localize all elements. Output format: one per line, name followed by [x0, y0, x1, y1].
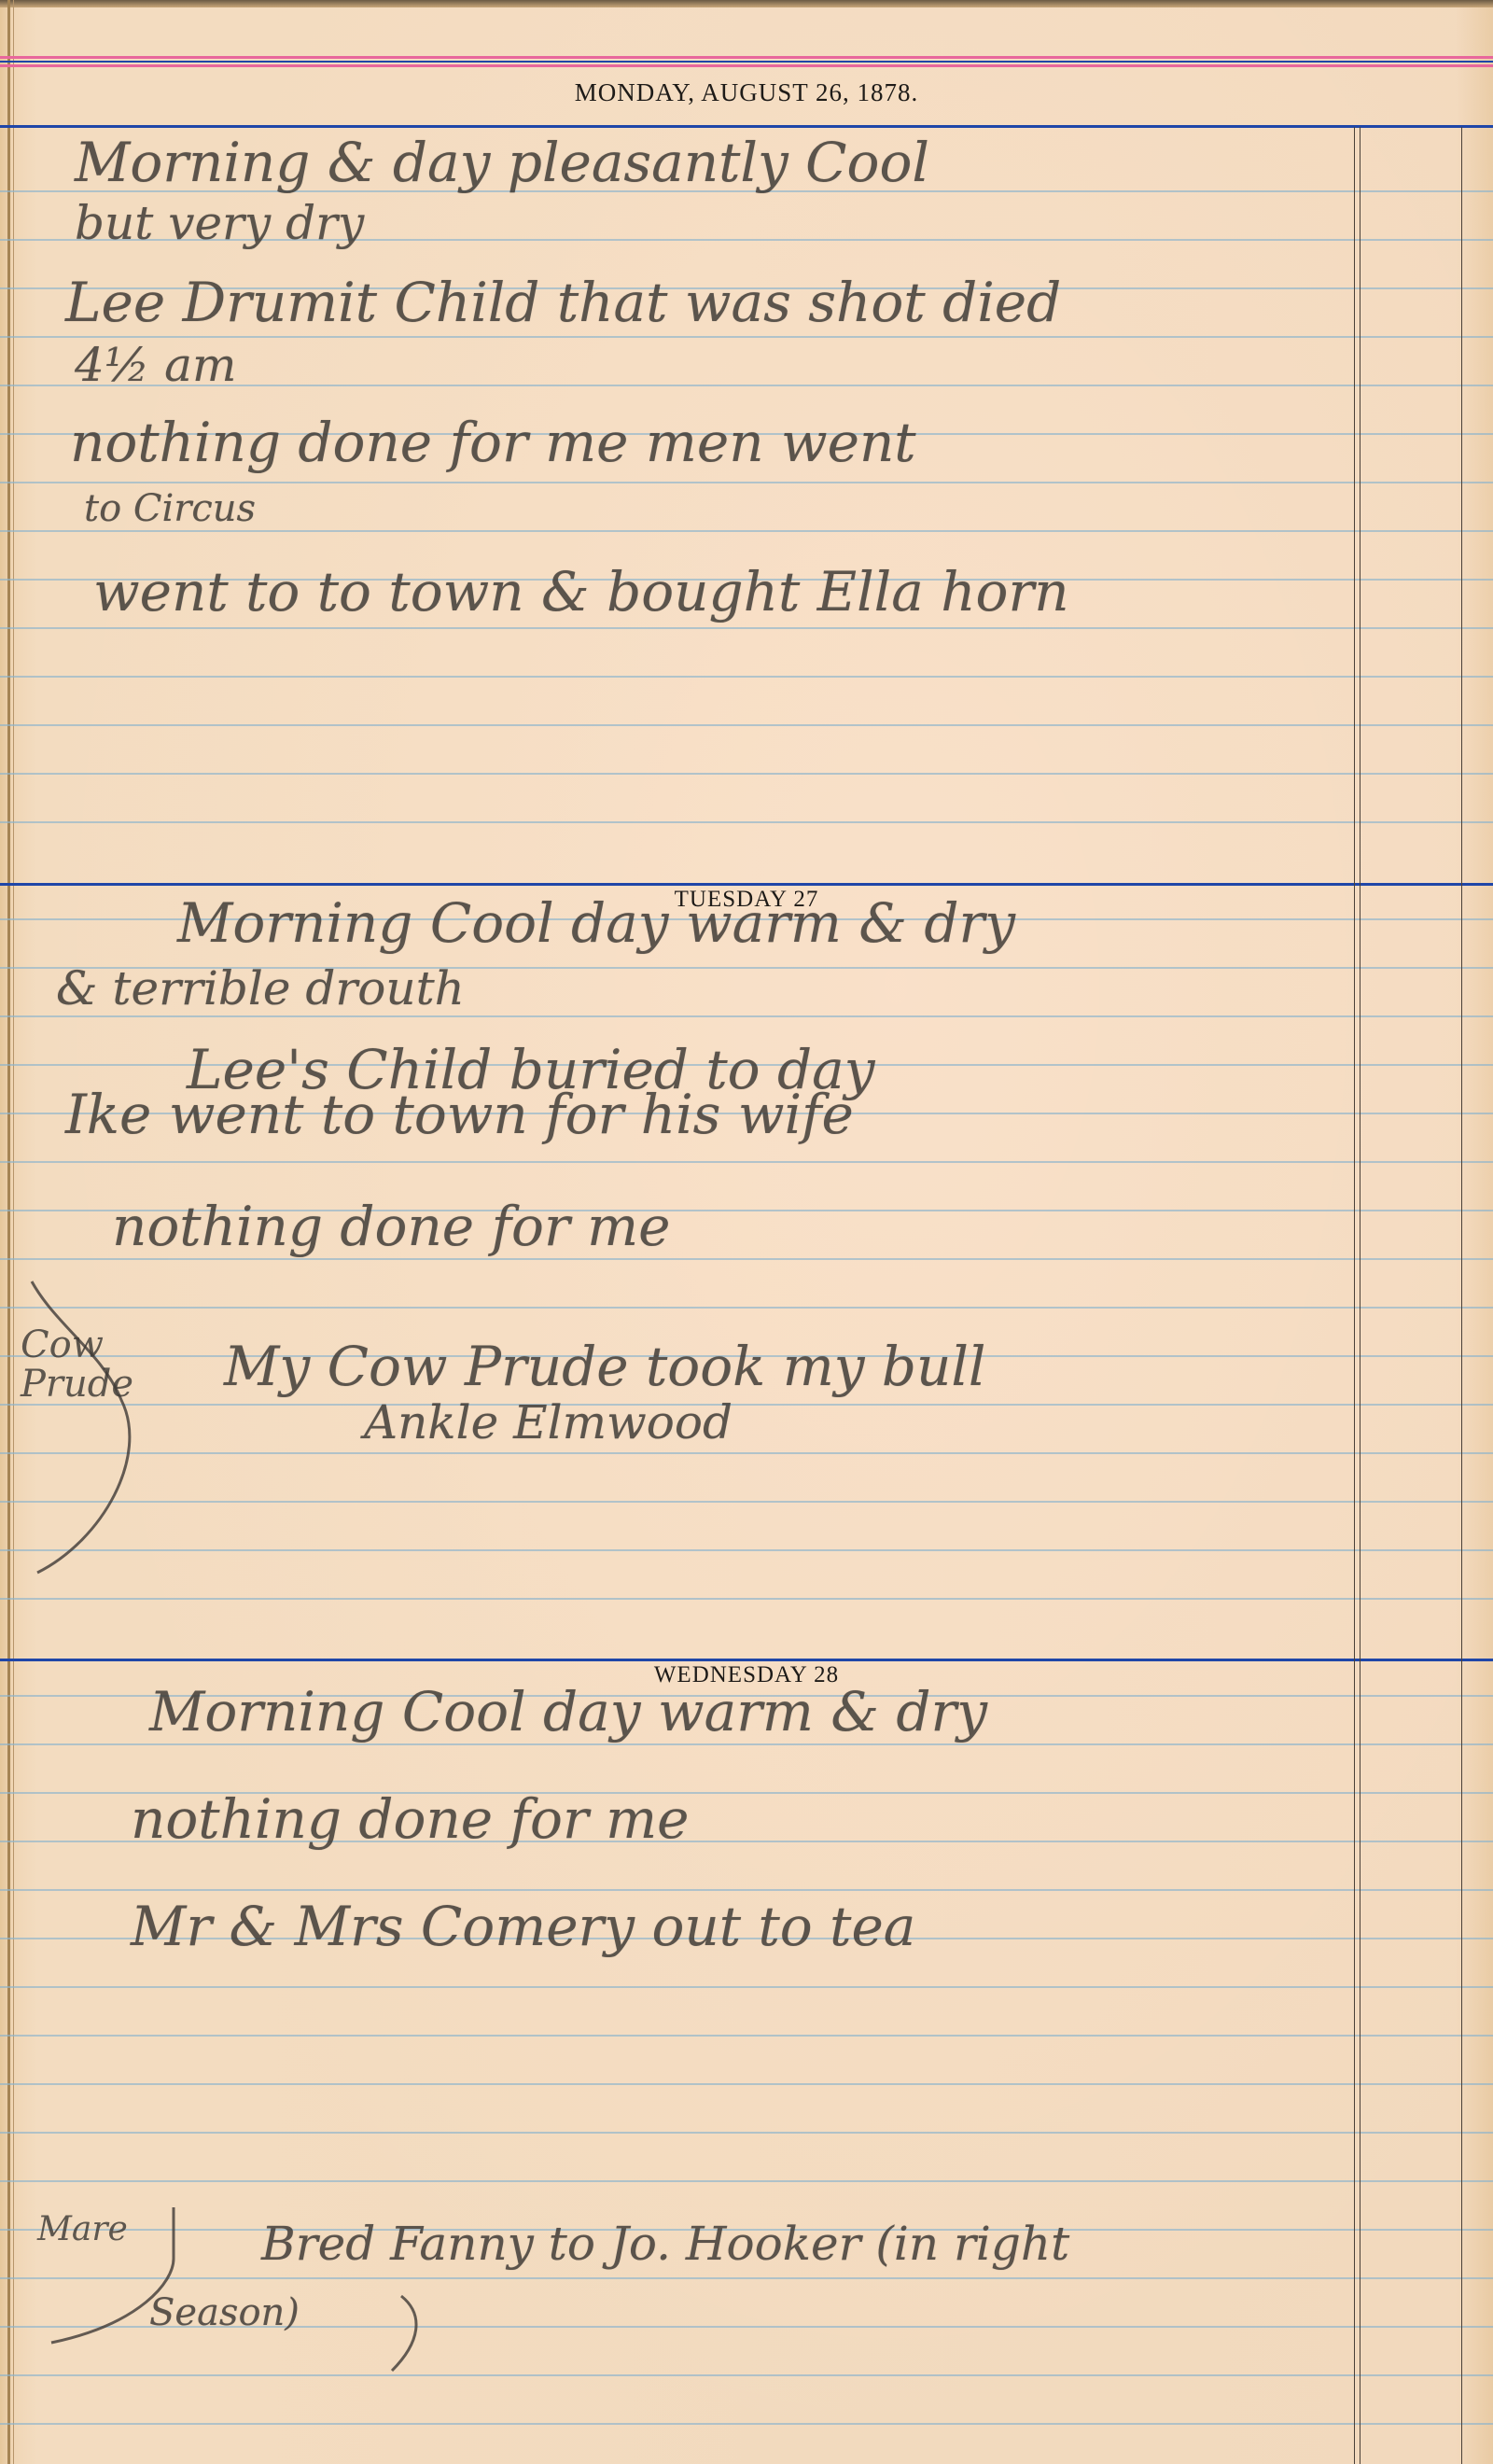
diary-page: MONDAY, AUGUST 26, 1878. TUESDAY 27 WEDN…	[0, 0, 1493, 2464]
pencil-bracket-marks	[0, 0, 1493, 2464]
